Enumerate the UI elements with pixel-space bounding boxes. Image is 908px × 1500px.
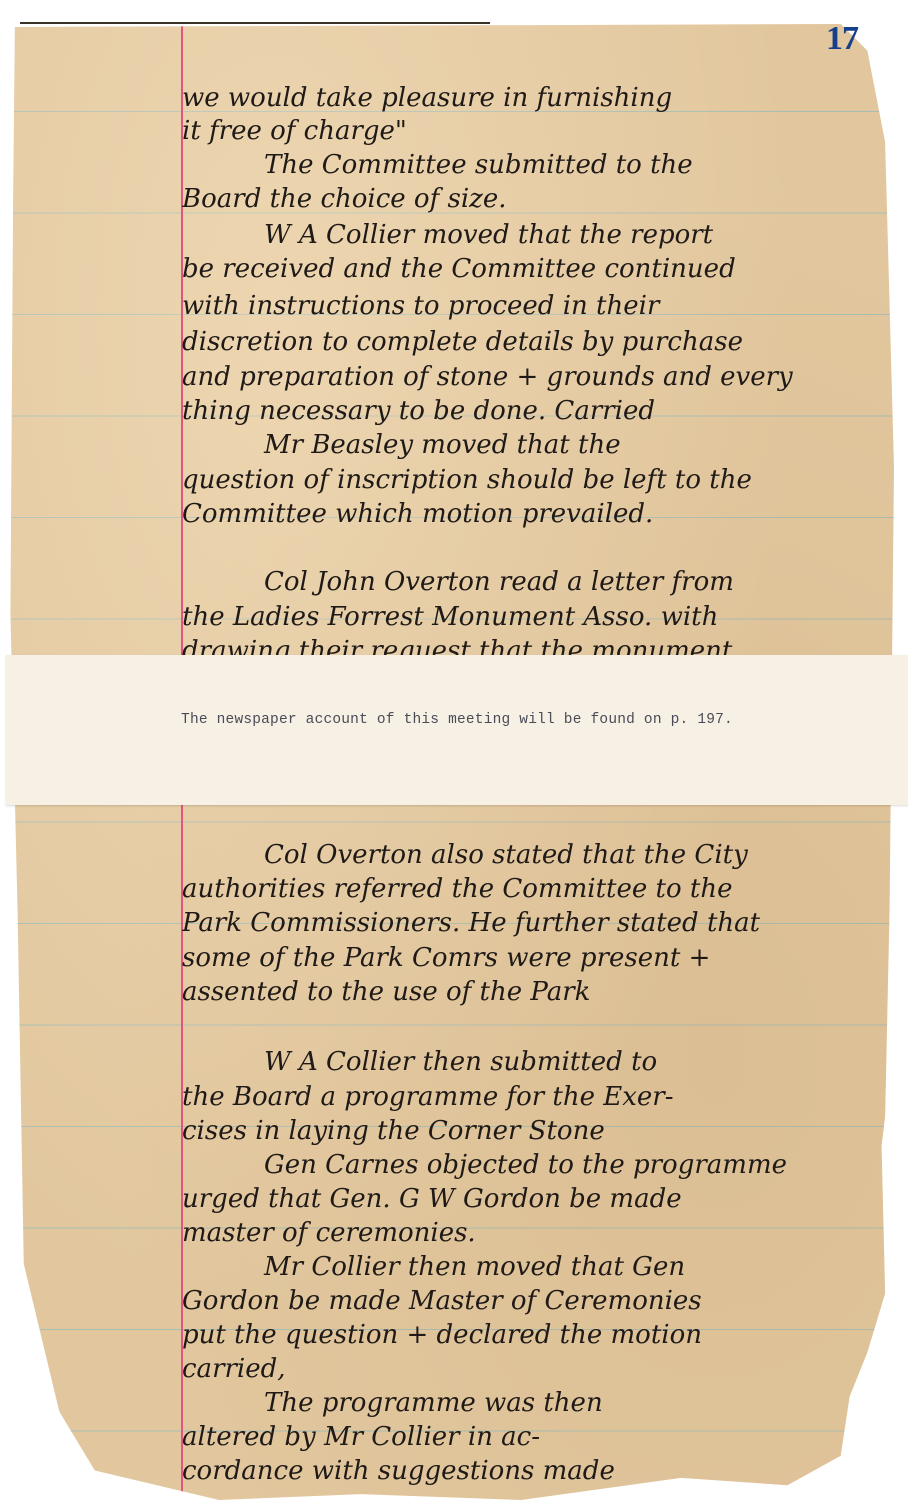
- handwritten-line: assented to the use of the Park: [182, 975, 888, 1009]
- slip-note-text: The newspaper account of this meeting wi…: [6, 712, 908, 728]
- handwritten-line: master of ceremonies.: [182, 1216, 888, 1250]
- handwritten-line: Col Overton also stated that the City: [182, 838, 888, 872]
- handwritten-line: put the question + declared the motion: [182, 1318, 888, 1352]
- handwritten-line: The Committee submitted to the: [182, 148, 888, 182]
- handwritten-line: we would take pleasure in furnishing: [182, 81, 888, 115]
- handwritten-line: Board the choice of size.: [182, 182, 888, 216]
- handwritten-line: Park Commissioners. He further stated th…: [182, 906, 888, 940]
- pasted-typed-slip: The newspaper account of this meeting wi…: [6, 655, 908, 805]
- handwritten-line: Committee which motion prevailed.: [182, 497, 888, 531]
- handwritten-line: Mr Collier then moved that Gen: [182, 1250, 888, 1284]
- handwritten-line: and preparation of stone + grounds and e…: [182, 360, 888, 394]
- handwritten-line: cordance with suggestions made: [182, 1454, 888, 1488]
- handwritten-line: authorities referred the Committee to th…: [182, 872, 888, 906]
- handwritten-line: carried,: [182, 1352, 888, 1386]
- page-number: 17: [826, 20, 858, 58]
- handwritten-line: discretion to complete details by purcha…: [182, 325, 888, 359]
- handwritten-line: with instructions to proceed in their: [182, 289, 888, 323]
- handwritten-line: the Ladies Forrest Monument Asso. with: [182, 600, 888, 634]
- handwritten-line: question of inscription should be left t…: [182, 463, 888, 497]
- handwritten-line: urged that Gen. G W Gordon be made: [182, 1182, 888, 1216]
- handwritten-line: Gordon be made Master of Ceremonies: [182, 1284, 888, 1318]
- handwritten-line: cises in laying the Corner Stone: [182, 1114, 888, 1148]
- handwritten-line: Gen Carnes objected to the programme: [182, 1148, 888, 1182]
- handwritten-line: some of the Park Comrs were present +: [182, 941, 888, 975]
- handwritten-line: The programme was then: [182, 1386, 888, 1420]
- handwritten-line: W A Collier moved that the report: [182, 218, 888, 252]
- handwritten-line: it free of charge": [182, 114, 888, 148]
- page-top-edge: [20, 22, 490, 24]
- handwritten-line: Col John Overton read a letter from: [182, 565, 888, 599]
- handwritten-line: be received and the Committee continued: [182, 252, 888, 286]
- handwritten-line: the Board a programme for the Exer-: [182, 1080, 888, 1114]
- handwritten-line: thing necessary to be done. Carried: [182, 394, 888, 428]
- handwritten-line: W A Collier then submitted to: [182, 1045, 888, 1079]
- handwritten-line: altered by Mr Collier in ac-: [182, 1420, 888, 1454]
- handwritten-line: Mr Beasley moved that the: [182, 428, 888, 462]
